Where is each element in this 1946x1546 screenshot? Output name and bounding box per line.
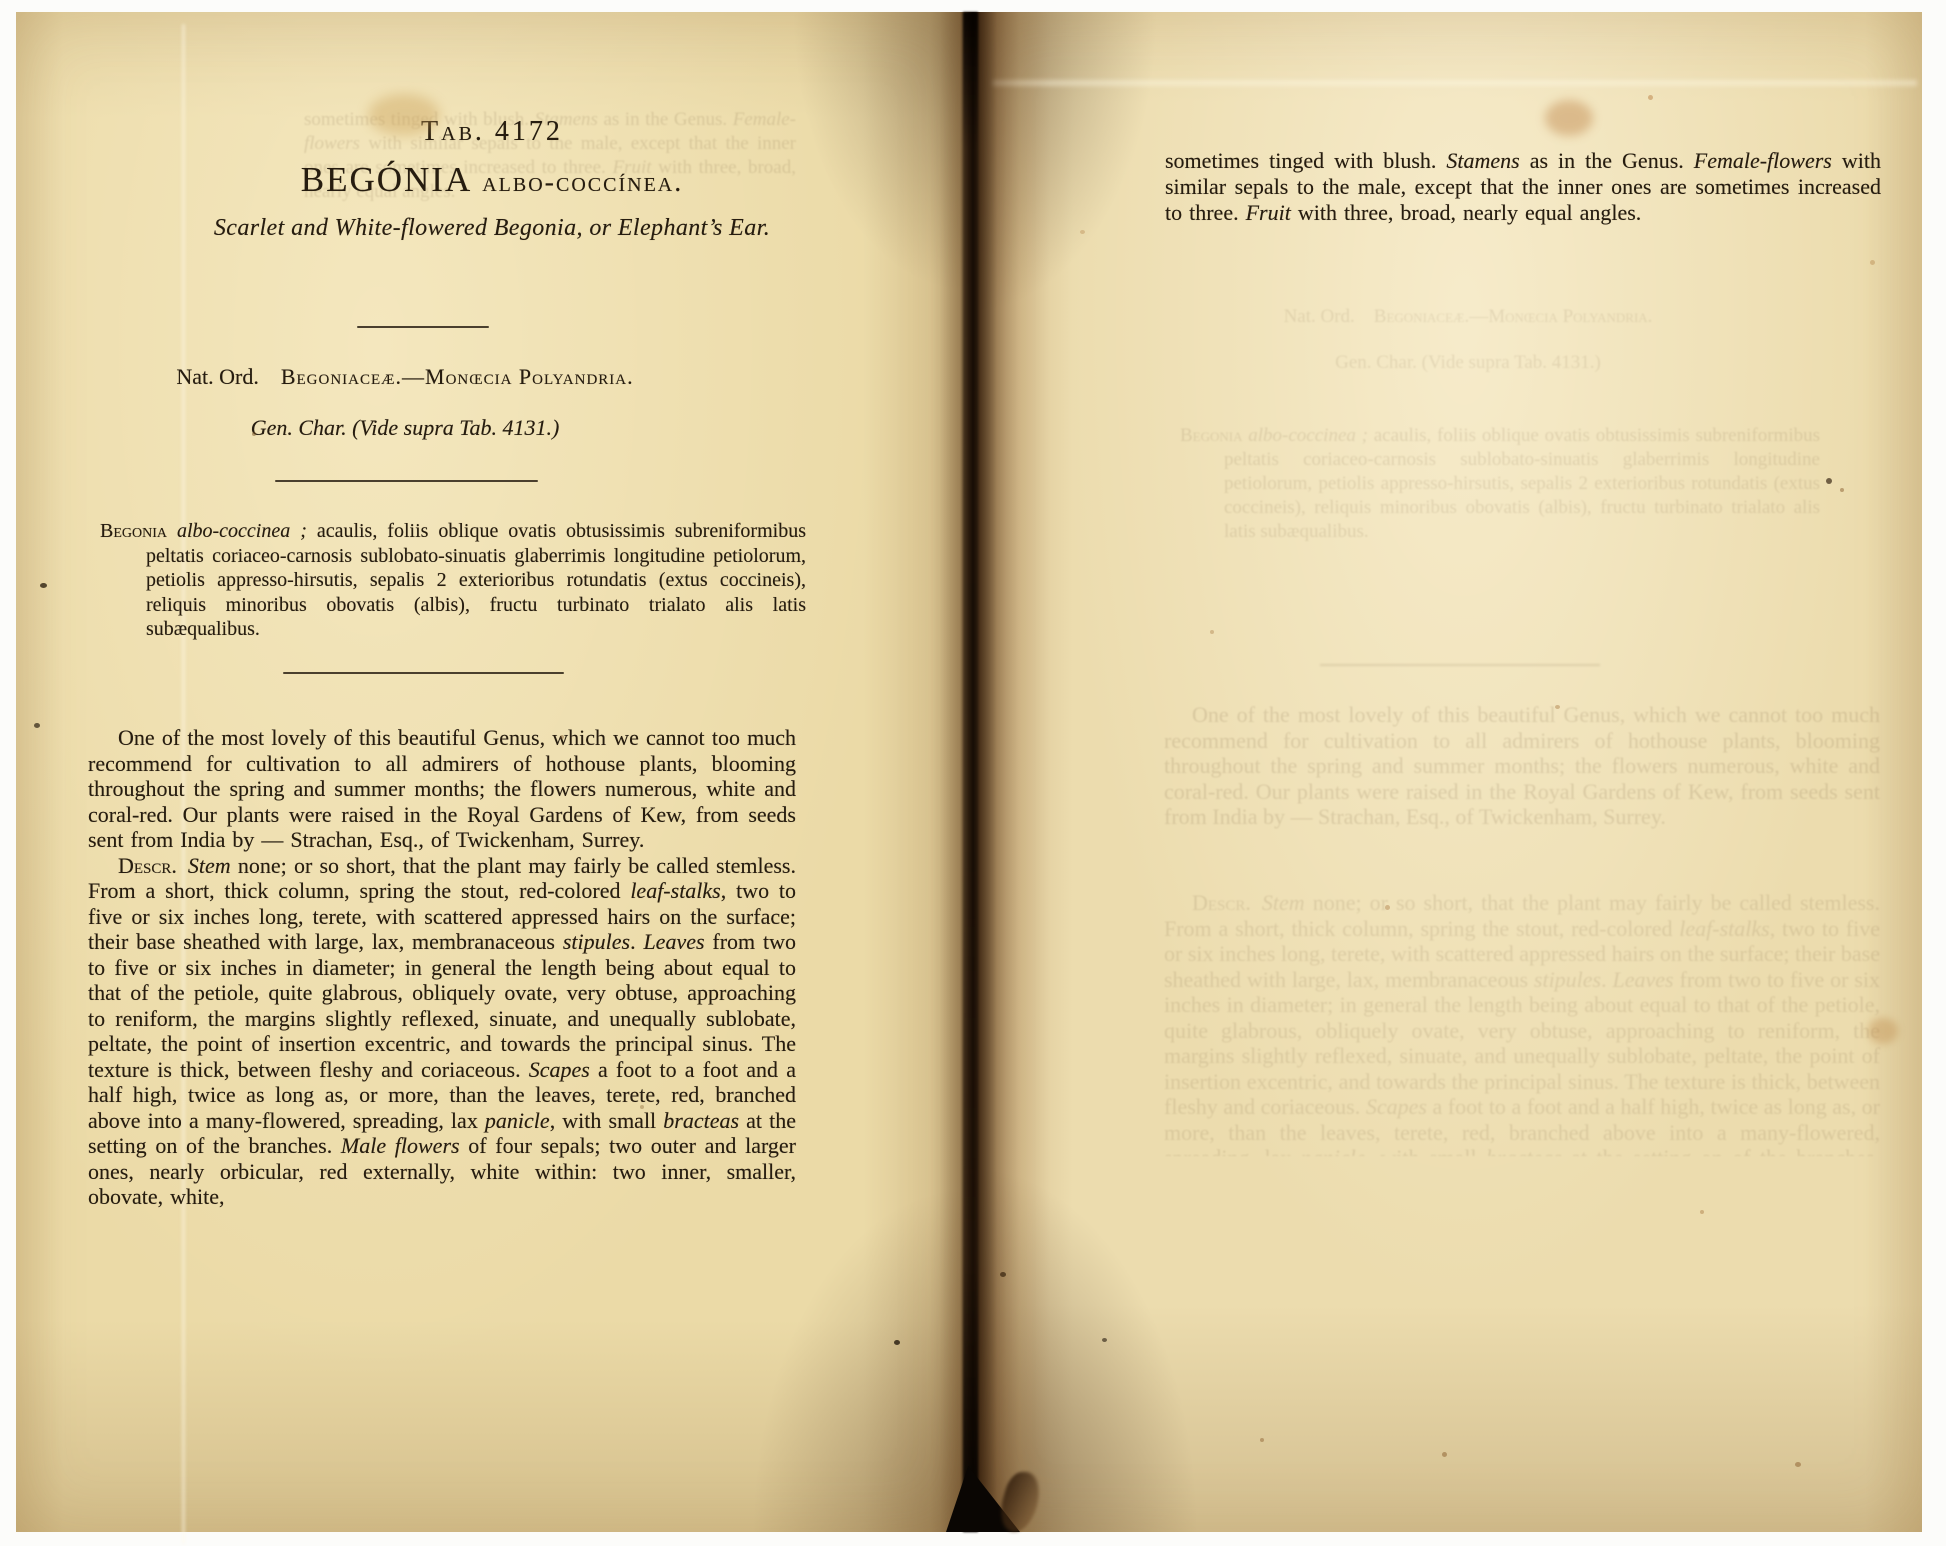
show-through-text: Begonia albo-coccinea ; acaulis, foliis … — [1180, 424, 1820, 544]
show-through-line: Gen. Char. (Vide supra Tab. 4131.) — [1208, 340, 1728, 386]
right-page: sometimes tinged with blush. Stamens as … — [968, 12, 1922, 1532]
latin-diagnosis: Begonia albo-coccinea ; acaulis, foliis … — [100, 519, 806, 642]
show-through-text: Descr. Stem none; or so short, that the … — [1164, 890, 1880, 1156]
description-paragraph: Descr. Stem none; or so short, that the … — [88, 853, 796, 1210]
common-name-subtitle: Scarlet and White-flowered Begonia, or E… — [16, 215, 968, 242]
left-page: sometimes tinged with blush. Stamens as … — [16, 12, 968, 1532]
divider-rule — [275, 480, 538, 482]
generic-character-line: Gen. Char. (Vide supra Tab. 4131.) — [52, 415, 758, 441]
book-scan: sometimes tinged with blush. Stamens as … — [0, 0, 1946, 1546]
natural-order-line: Nat. Ord. Begoniaceæ.—Monœcia Polyandria… — [52, 364, 758, 390]
show-through-rule — [1320, 664, 1600, 666]
show-through-text: Nat. Ord. Begoniaceæ.—Monœcia Polyandria… — [1208, 294, 1728, 386]
species-title: BEGÓNIAalbo-coccínea. — [16, 160, 968, 200]
intro-paragraph: One of the most lovely of this beautiful… — [88, 725, 796, 853]
body-text: One of the most lovely of this beautiful… — [88, 725, 796, 1210]
plate-number: Tab. 4172 — [16, 116, 968, 148]
divider-rule — [357, 326, 489, 328]
show-through-text: One of the most lovely of this beautiful… — [1164, 702, 1880, 830]
show-through-line: Nat. Ord. Begoniaceæ.—Monœcia Polyandria… — [1208, 294, 1728, 340]
continuation-paragraph: sometimes tinged with blush. Stamens as … — [1165, 148, 1881, 226]
divider-rule — [283, 672, 564, 674]
